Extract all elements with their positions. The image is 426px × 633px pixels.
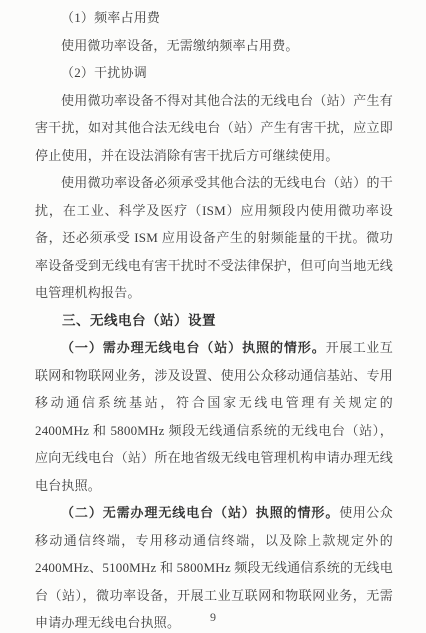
document-content: （1）频率占用费 使用微功率设备，无需缴纳频率占用费。 （2）干扰协调 使用微功… bbox=[35, 4, 393, 633]
paragraph-interference-rule-2: 使用微功率设备必须承受其他合法的无线电台（站）的干扰，在工业、科学及医疗（ISM… bbox=[35, 169, 393, 307]
paragraph-text: 开展工业互联网和物联网业务，涉及设置、使用公众移动通信基站、专用移动通信系统基站… bbox=[35, 340, 393, 493]
section-heading-station-setup: 三、无线电台（站）设置 bbox=[35, 307, 393, 335]
paragraph-text: 使用微功率设备，无需缴纳频率占用费。 bbox=[61, 38, 299, 53]
page-number: 9 bbox=[0, 610, 426, 624]
paragraph-interference-rule-1: 使用微功率设备不得对其他合法的无线电台（站）产生有害干扰，如对其他合法无线电台（… bbox=[35, 87, 393, 170]
paragraph-license-required: （一）需办理无线电台（站）执照的情形。开展工业互联网和物联网业务，涉及设置、使用… bbox=[35, 334, 393, 499]
list-item-interference-coordination: （2）干扰协调 bbox=[35, 59, 393, 87]
paragraph-text: 使用微功率设备不得对其他合法的无线电台（站）产生有害干扰，如对其他合法无线电台（… bbox=[35, 93, 393, 163]
list-item-frequency-fee: （1）频率占用费 bbox=[35, 4, 393, 32]
paragraph-text: 使用微功率设备必须承受其他合法的无线电台（站）的干扰，在工业、科学及医疗（ISM… bbox=[35, 175, 393, 300]
paragraph-frequency-fee-body: 使用微功率设备，无需缴纳频率占用费。 bbox=[35, 32, 393, 60]
list-item-label: （1）频率占用费 bbox=[61, 10, 160, 25]
document-page: （1）频率占用费 使用微功率设备，无需缴纳频率占用费。 （2）干扰协调 使用微功… bbox=[0, 0, 426, 633]
paragraph-lead: （一）需办理无线电台（站）执照的情形。 bbox=[61, 340, 326, 355]
paragraph-lead: （二）无需办理无线电台（站）执照的情形。 bbox=[61, 505, 339, 520]
list-item-label: （2）干扰协调 bbox=[61, 65, 147, 80]
